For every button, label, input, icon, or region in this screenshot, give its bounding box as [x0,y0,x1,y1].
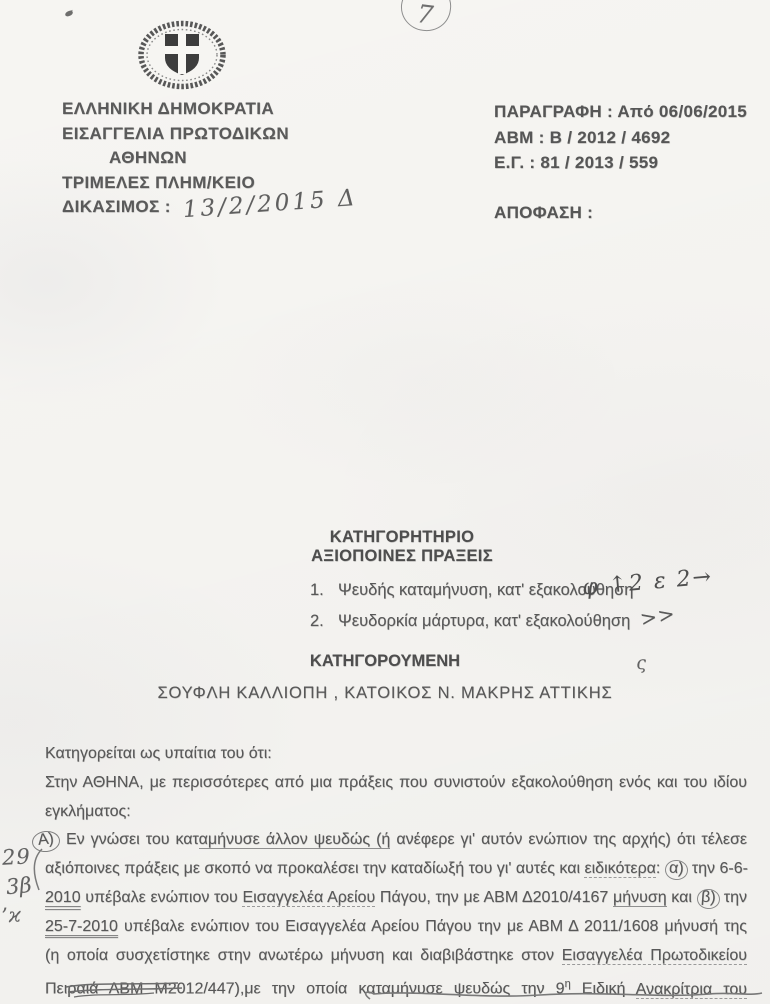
item-a-circled: α) [664,859,688,880]
prosecutor-piraeus-dashed: Εισαγγελέα Πρωτοδικείου [562,947,747,965]
page-number: 7 [415,0,434,30]
charge-1-number: 1. [310,575,338,606]
margin-mark-2: 3β [5,873,33,900]
body-5-seg5: την 6-6- [687,860,748,877]
header-line-prosecution: ΕΙΣΑΓΓΕΛΙΑ ΠΡΩΤΟΔΙΚΩΝ [62,122,358,147]
body-6-seg8: την [719,889,747,906]
margin-mark-1: 29 [1,844,31,869]
court-header: ΕΛΛΗΝΙΚΗ ΔΗΜΟΚΡΑΤΙΑ ΕΙΣΑΓΓΕΛΙΑ ΠΡΩΤΟΔΙΚΩ… [62,97,358,220]
limitation-date-line: ΠΑΡΑΓΡΑΦΗ : Από 06/06/2015 [494,99,747,125]
greek-emblem-icon [137,19,227,91]
defendant-name: ΣΟΥΦΛΗ ΚΑΛΛΙΟΠΗ , ΚΑΤΟΙΚΟΣ Ν. ΜΑΚΡΗΣ ΑΤΤ… [85,684,685,703]
body-line-8: (η οποία συσχετίστηκε στην ανωτέρω μήνυσ… [45,942,747,971]
body-line-5: αξιόποινες πράξεις με σκοπό να προκαλέσε… [45,855,747,884]
body-line-6: 2010 υπέβαλε ενώπιον του Εισαγγελέα Αρεί… [45,884,747,913]
accusation-body: Κατηγορείται ως υπαίτια του ότι: Στην ΑΘ… [45,740,747,999]
pen-wavy-underline [300,989,764,1004]
body-4-underlined: αμήνυσε άλλον ψευδώς (ή [199,831,391,849]
handwritten-scribble-1: φ ↑2 ε 2→ [581,564,714,600]
ink-speck [64,10,73,17]
body-6-seg4: Πάγου, την με ΑΒΜ Δ2010/4167 [375,889,613,906]
page-number-circle: 7 [398,0,453,34]
body-5-seg3: : [656,860,665,877]
charge-2-number: 2. [310,606,338,637]
margin-mark-3: ʼϰ [0,902,22,927]
decision-label: ΑΠΟΦΑΣΗ : [494,200,747,226]
body-8-seg1: (η οποία συσχετίστηκε στην ανωτέρω μήνυσ… [45,947,562,964]
body-intro-line: Κατηγορείται ως υπαίτια του ότι: [45,740,747,769]
scanned-document-page: 7 ΕΛΛΗΝΙΚΗ ΔΗΜΟΚΡΑΤΙΑ ΕΙΣΑΓΓΕΛΙΑ ΠΡΩΤΟΔΙ… [0,0,770,1004]
defendant-heading: ΚΑΤΗΓΟΡΟΥΜΕΝΗ [85,652,685,671]
body-4-seg3: ανέφερε γι' αυτόν ενώπιον της αρχής) ότι… [390,831,747,848]
header-line-republic: ΕΛΛΗΝΙΚΗ ΔΗΜΟΚΡΑΤΙΑ [62,97,358,122]
body-line-3: εγκλήματος: [45,798,747,827]
abm-number-line: ΑΒΜ : Β / 2012 / 4692 [494,125,747,151]
body-line-4: Α) Εν γνώσει του καταμήνυσε άλλον ψευδώς… [32,826,747,855]
eg-number-line: Ε.Γ. : 81 / 2013 / 559 [494,150,747,176]
indictment-heading-block: ΚΑΤΗΓΟΡΗΤΗΡΙΟ ΑΞΙΟΠΟΙΝΕΣ ΠΡΑΞΕΙΣ [102,528,702,566]
body-7-seg2: υπέβαλε ενώπιον του Εισαγγελέα Αρείου Πά… [118,918,747,935]
body-4-seg1: Εν γνώσει του κατ [60,831,199,848]
date-2010-underlined: 2010 [45,889,81,906]
case-reference-header: ΠΑΡΑΓΡΑΦΗ : Από 06/06/2015 ΑΒΜ : Β / 201… [494,99,747,225]
minysi-underlined: μήνυση [613,889,667,907]
punishable-acts-title: ΑΞΙΟΠΟΙΝΕΣ ΠΡΑΞΕΙΣ [102,547,702,566]
body-6-seg2: υπέβαλε ενώπιον του [81,889,243,906]
charge-item-2: 2. Ψευδορκία μάρτυρα, κατ' εξακολούθηση [310,606,633,637]
body-line-7: 25-7-2010 υπέβαλε ενώπιον του Εισαγγελέα… [45,913,747,942]
hearing-date-label: ΔΙΚΑΣΙΜΟΣ : [62,195,171,220]
header-line-city: ΑΘΗΝΩΝ [62,146,358,171]
margin-pen-hook [30,848,46,892]
indictment-title: ΚΑΤΗΓΟΡΗΤΗΡΙΟ [102,528,702,547]
handwritten-scribble-2: >> [638,601,677,631]
charge-2-text: Ψευδορκία μάρτυρα, κατ' εξακολούθηση [338,606,630,637]
prosecutor-dashed: Εισαγγελέα Αρείου [242,889,375,907]
date-25-7-2010-underlined: 25-7-2010 [45,918,118,935]
body-line-2: Στην ΑΘΗΝΑ, με περισσότερες από μια πράξ… [45,769,747,798]
item-b-circled: β) [696,888,720,909]
emblem-svg [137,19,227,91]
pen-scribble-underline [62,981,186,1002]
body-6-seg6: και [667,889,697,906]
body-5-dashed: ειδικότερα [584,860,655,878]
body-5-seg1: αξιόποινες πράξεις με σκοπό να προκαλέσε… [45,860,584,877]
hearing-date-row: ΔΙΚΑΣΙΜΟΣ : 13/2/2015 Δ [62,195,358,220]
